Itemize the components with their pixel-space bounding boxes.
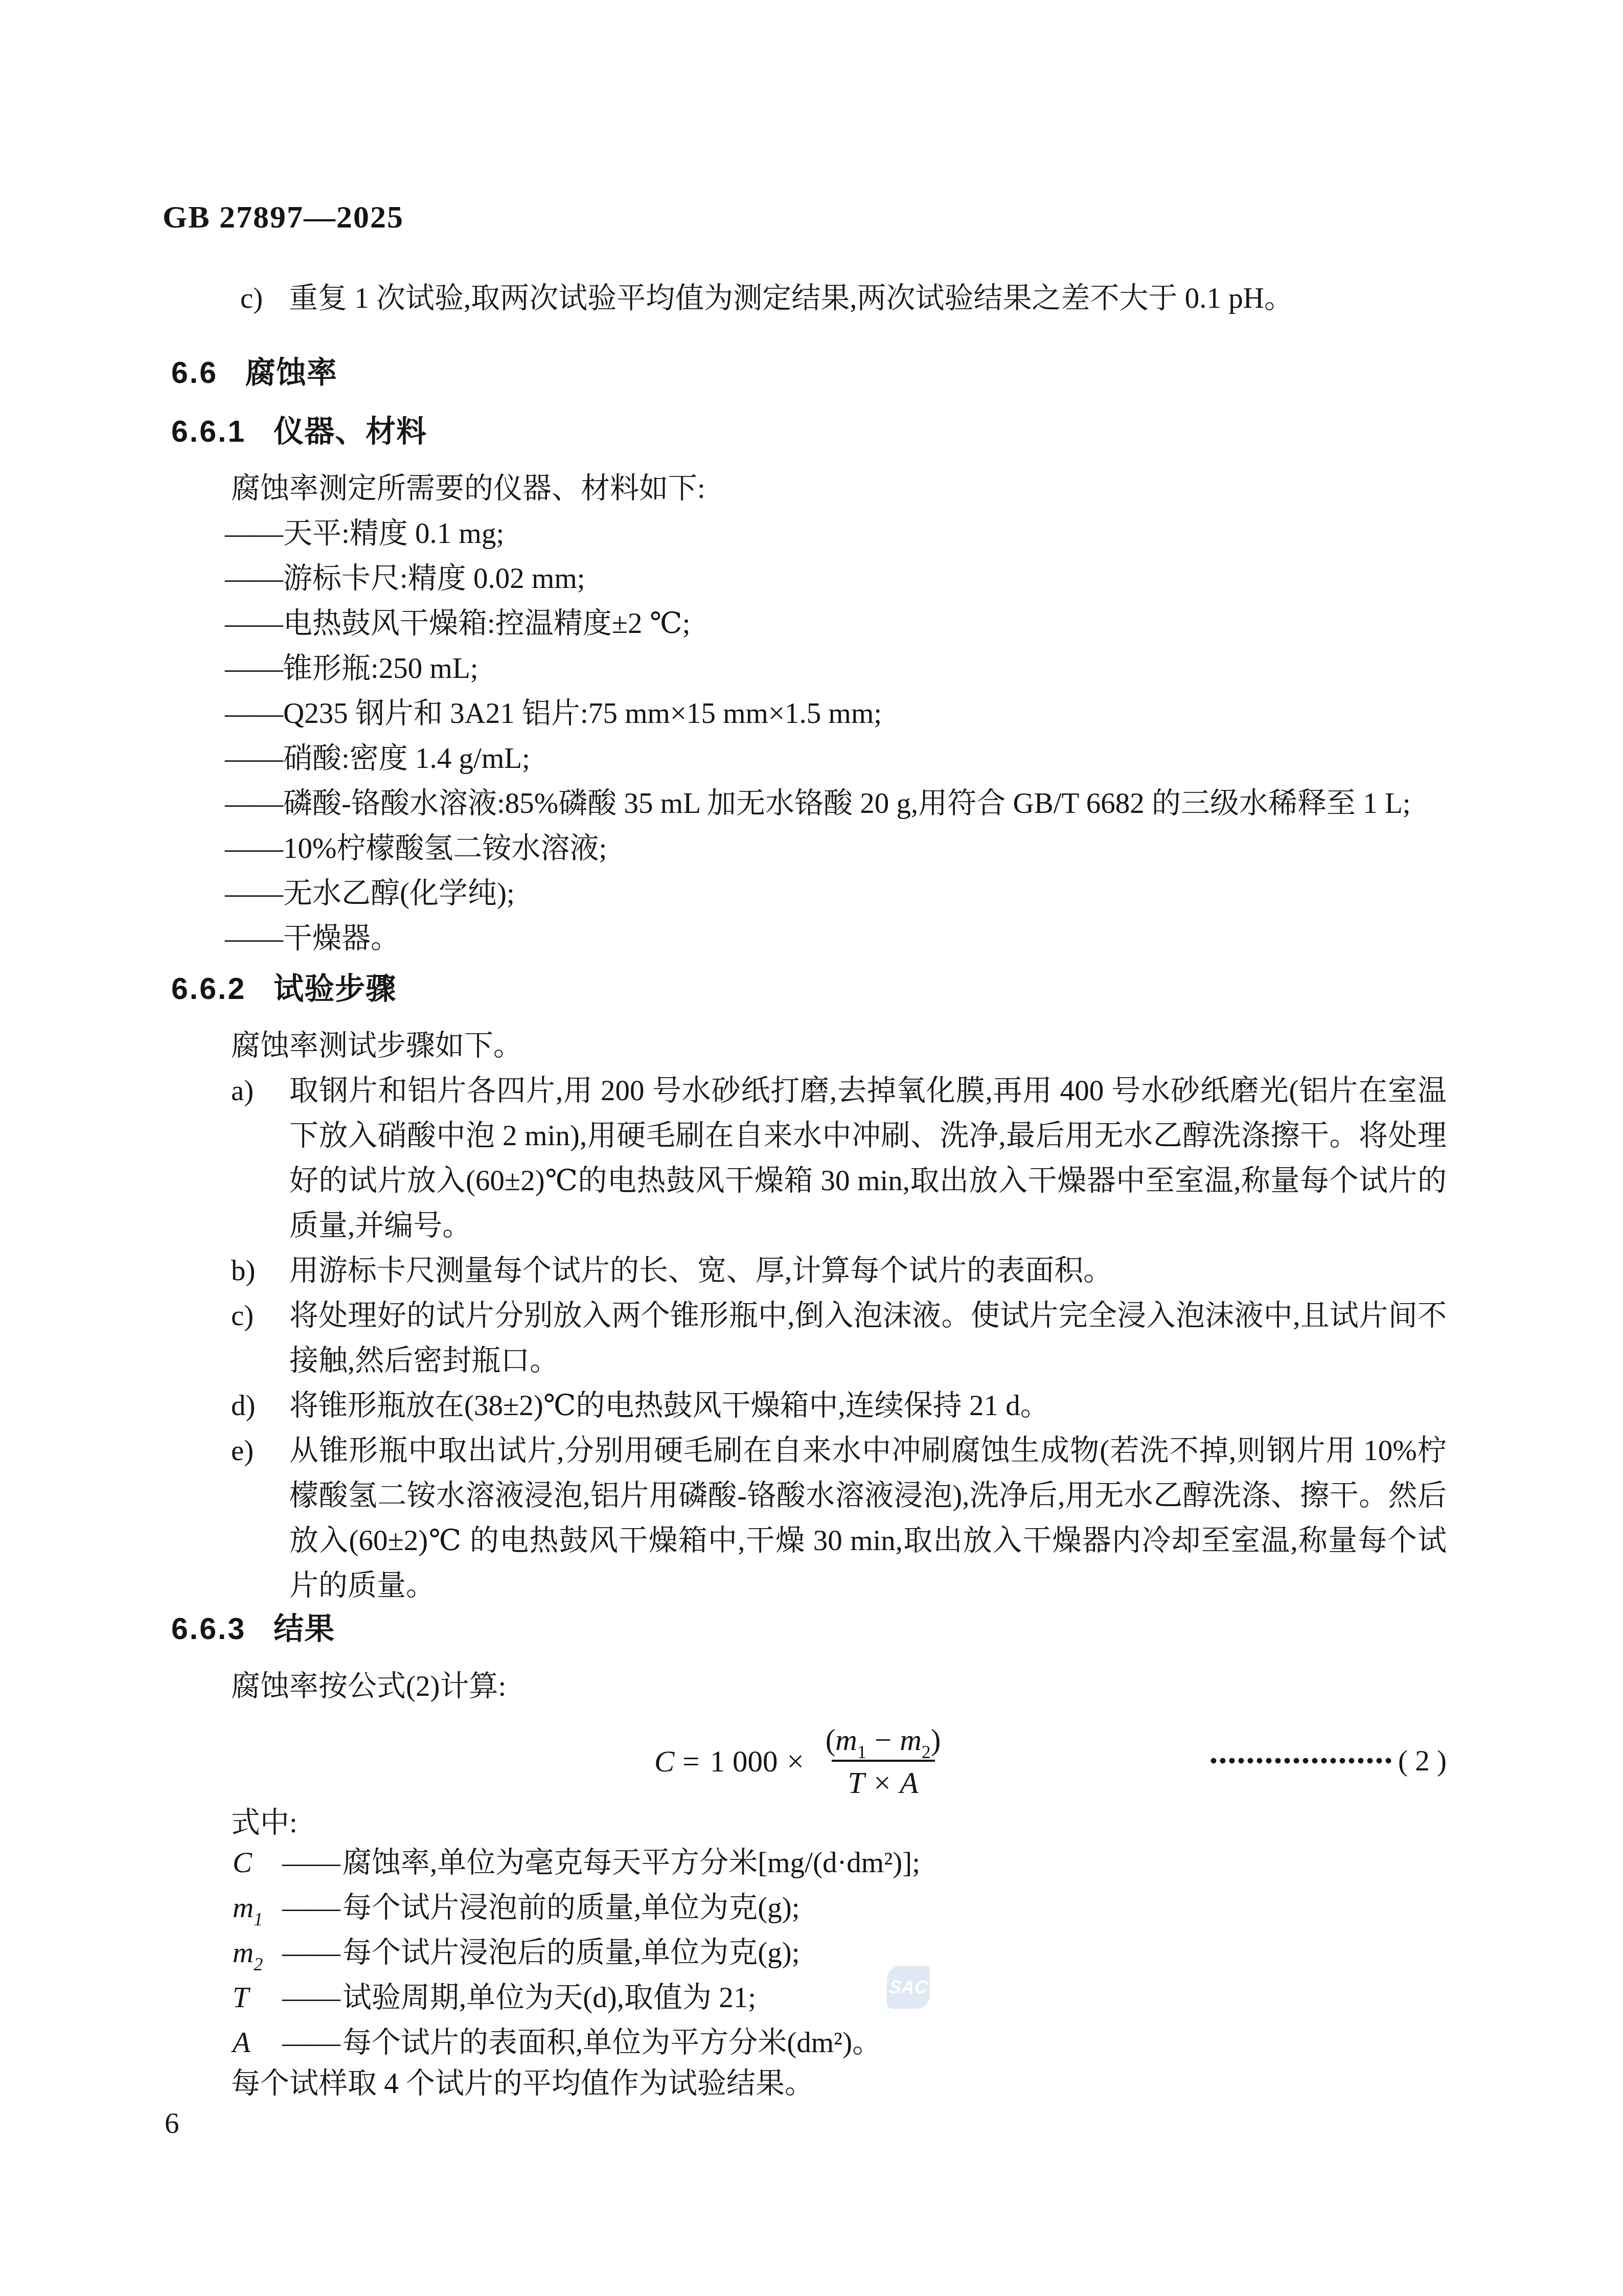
- heading-number: 6.6.2: [171, 972, 246, 1006]
- multiply-sign: ×: [787, 1744, 804, 1779]
- list-item-text: 硝酸:密度 1.4 g/mL;: [283, 742, 530, 775]
- dash-marker: ——: [225, 877, 283, 910]
- heading-6-6-2: 6.6.2试验步骤: [171, 966, 396, 1011]
- step-text: 将处理好的试片分别放入两个锥形瓶中,倒入泡沫液。使试片完全浸入泡沫液中,且试片间…: [289, 1293, 1447, 1383]
- step-b: b) 用游标卡尺测量每个试片的长、宽、厚,计算每个试片的表面积。: [231, 1248, 1447, 1293]
- step-marker: c): [231, 1293, 289, 1383]
- symbol: C: [233, 1840, 282, 1885]
- symbol-base: A: [233, 2027, 250, 2059]
- closing-paragraph: 每个试样取 4 个试片的平均值作为试验结果。: [231, 2061, 814, 2106]
- step-text: 用游标卡尺测量每个试片的长、宽、厚,计算每个试片的表面积。: [289, 1248, 1447, 1293]
- step-marker: a): [231, 1069, 289, 1248]
- step-marker: b): [231, 1248, 289, 1293]
- formula-lhs: C: [654, 1744, 674, 1779]
- dash-marker: ——: [225, 922, 283, 954]
- list-item-text: 磷酸-铬酸水溶液:85%磷酸 35 mL 加无水铬酸 20 g,用符合 GB/T…: [283, 787, 1411, 820]
- var-m1: m: [835, 1723, 857, 1757]
- symbol: A: [233, 2020, 282, 2065]
- result-lead-paragraph: 腐蚀率按公式(2)计算:: [231, 1664, 506, 1709]
- list-item-text: 无水乙醇(化学纯);: [283, 877, 515, 910]
- step-text: 将锥形瓶放在(38±2)℃的电热鼓风干燥箱中,连续保持 21 d。: [289, 1383, 1447, 1428]
- formula-corrosion-rate: C = 1 000 × (m1−m2) T×A: [654, 1715, 946, 1807]
- procedure-steps-list: a) 取钢片和铝片各四片,用 200 号水砂纸打磨,去掉氧化膜,再用 400 号…: [231, 1069, 1447, 1608]
- fraction-denominator: T×A: [832, 1760, 935, 1802]
- dash-marker: ——: [225, 787, 283, 820]
- heading-number: 6.6.3: [171, 1612, 246, 1646]
- list-item: ——磷酸-铬酸水溶液:85%磷酸 35 mL 加无水铬酸 20 g,用符合 GB…: [225, 781, 1411, 826]
- multiply-sign: ×: [874, 1766, 890, 1800]
- symbol: m1: [233, 1885, 282, 1930]
- equation-number: ( 2 ): [1398, 1739, 1447, 1784]
- formula-dots-and-number: •••••••••••••••••••• ( 2 ): [1210, 1739, 1447, 1784]
- step-marker: d): [231, 1383, 289, 1428]
- definition-text: 腐蚀率,单位为毫克每天平方分米[mg/(d·dm²)];: [342, 1840, 920, 1885]
- list-item: ——锥形瓶:250 mL;: [225, 646, 1411, 691]
- heading-6-6-1: 6.6.1仪器、材料: [171, 409, 427, 454]
- list-item-text: 电热鼓风干燥箱:控温精度±2 ℃;: [283, 607, 690, 640]
- symbol-subscript: 1: [254, 1909, 263, 1929]
- list-item-text: 重复 1 次试验,取两次试验平均值为测定结果,两次试验结果之差不大于 0.1 p…: [289, 276, 1293, 321]
- sac-watermark-logo: SAC: [887, 1966, 930, 2009]
- symbol-base: C: [233, 1847, 252, 1879]
- materials-list: ——天平:精度 0.1 mg; ——游标卡尺:精度 0.02 mm; ——电热鼓…: [225, 511, 1411, 961]
- materials-lead-paragraph: 腐蚀率测定所需要的仪器、材料如下:: [231, 466, 705, 511]
- heading-title: 结果: [273, 1612, 335, 1646]
- list-item: ——电热鼓风干燥箱:控温精度±2 ℃;: [225, 601, 1411, 646]
- dash-marker: ——: [282, 1975, 340, 2020]
- list-item-c: c) 重复 1 次试验,取两次试验平均值为测定结果,两次试验结果之差不大于 0.…: [240, 276, 1447, 321]
- list-item-text: 游标卡尺:精度 0.02 mm;: [283, 562, 585, 595]
- list-item-text: 天平:精度 0.1 mg;: [283, 517, 504, 550]
- var-m2: m: [900, 1723, 922, 1757]
- close-paren: ): [931, 1723, 941, 1757]
- list-item-text: 锥形瓶:250 mL;: [283, 652, 478, 685]
- definition-text: 每个试片浸泡前的质量,单位为克(g);: [342, 1885, 800, 1930]
- symbol-definitions-list: C —— 腐蚀率,单位为毫克每天平方分米[mg/(d·dm²)]; m1 —— …: [233, 1840, 920, 2065]
- definition-text: 每个试片浸泡后的质量,单位为克(g);: [342, 1930, 800, 1975]
- var-A: A: [900, 1766, 919, 1800]
- equals-sign: =: [682, 1744, 699, 1779]
- subscript-1: 1: [857, 1742, 866, 1762]
- minus-sign: −: [875, 1723, 891, 1757]
- symbol: T: [233, 1975, 282, 2020]
- heading-title: 仪器、材料: [273, 415, 427, 448]
- list-item: ——10%柠檬酸氢二铵水溶液;: [225, 826, 1411, 871]
- step-e: e) 从锥形瓶中取出试片,分别用硬毛刷在自来水中冲刷腐蚀生成物(若洗不掉,则钢片…: [231, 1428, 1447, 1608]
- dash-marker: ——: [282, 2020, 340, 2065]
- symbol-subscript: 2: [254, 1954, 263, 1974]
- heading-number: 6.6: [171, 356, 218, 390]
- list-item: ——Q235 钢片和 3A21 铝片:75 mm×15 mm×1.5 mm;: [225, 691, 1411, 736]
- subscript-2: 2: [922, 1742, 931, 1762]
- dash-marker: ——: [225, 697, 283, 730]
- dash-marker: ——: [225, 652, 283, 685]
- heading-title: 试验步骤: [273, 972, 396, 1006]
- list-item: ——天平:精度 0.1 mg;: [225, 511, 1411, 556]
- dash-marker: ——: [282, 1930, 340, 1975]
- page-number: 6: [165, 2101, 179, 2146]
- heading-6-6: 6.6腐蚀率: [171, 350, 337, 395]
- definition-row: m2 —— 每个试片浸泡后的质量,单位为克(g);: [233, 1930, 920, 1975]
- list-marker: c): [240, 276, 289, 321]
- dash-marker: ——: [225, 517, 283, 550]
- definition-row: m1 —— 每个试片浸泡前的质量,单位为克(g);: [233, 1885, 920, 1930]
- step-c: c) 将处理好的试片分别放入两个锥形瓶中,倒入泡沫液。使试片完全浸入泡沫液中,且…: [231, 1293, 1447, 1383]
- definition-text: 试验周期,单位为天(d),取值为 21;: [342, 1975, 756, 2020]
- step-d: d) 将锥形瓶放在(38±2)℃的电热鼓风干燥箱中,连续保持 21 d。: [231, 1383, 1447, 1428]
- list-item-text: 10%柠檬酸氢二铵水溶液;: [283, 832, 607, 865]
- list-item-text: 干燥器。: [283, 922, 400, 954]
- symbol-base: m: [233, 1892, 254, 1924]
- fraction-numerator: (m1−m2): [820, 1721, 946, 1760]
- dash-marker: ——: [225, 832, 283, 865]
- definition-row: C —— 腐蚀率,单位为毫克每天平方分米[mg/(d·dm²)];: [233, 1840, 920, 1885]
- formula-coefficient: 1 000: [710, 1744, 778, 1779]
- heading-6-6-3: 6.6.3结果: [171, 1606, 335, 1651]
- dash-marker: ——: [225, 562, 283, 595]
- heading-number: 6.6.1: [171, 415, 246, 448]
- definition-row: A —— 每个试片的表面积,单位为平方分米(dm²)。: [233, 2020, 920, 2065]
- step-text: 取钢片和铝片各四片,用 200 号水砂纸打磨,去掉氧化膜,再用 400 号水砂纸…: [289, 1069, 1447, 1248]
- standard-number-header: GB 27897—2025: [163, 198, 404, 236]
- step-marker: e): [231, 1428, 289, 1608]
- definition-row: T —— 试验周期,单位为天(d),取值为 21;: [233, 1975, 920, 2020]
- symbol: m2: [233, 1930, 282, 1975]
- var-T: T: [848, 1766, 865, 1800]
- open-paren: (: [826, 1723, 836, 1757]
- dot-leader: ••••••••••••••••••••: [1210, 1739, 1394, 1784]
- procedure-lead-paragraph: 腐蚀率测试步骤如下。: [231, 1024, 522, 1069]
- dash-marker: ——: [282, 1840, 340, 1885]
- step-text: 从锥形瓶中取出试片,分别用硬毛刷在自来水中冲刷腐蚀生成物(若洗不掉,则钢片用 1…: [289, 1428, 1447, 1608]
- symbol-base: m: [233, 1937, 254, 1969]
- heading-title: 腐蚀率: [245, 356, 337, 390]
- list-item: ——游标卡尺:精度 0.02 mm;: [225, 556, 1411, 601]
- fraction: (m1−m2) T×A: [820, 1721, 946, 1802]
- symbol-base: T: [233, 1982, 249, 2014]
- list-item: ——干燥器。: [225, 916, 1411, 961]
- dash-marker: ——: [225, 607, 283, 640]
- dash-marker: ——: [225, 742, 283, 775]
- list-item-text: Q235 钢片和 3A21 铝片:75 mm×15 mm×1.5 mm;: [283, 697, 882, 730]
- sac-watermark-text: SAC: [888, 1976, 929, 1998]
- where-label: 式中:: [231, 1801, 298, 1846]
- step-a: a) 取钢片和铝片各四片,用 200 号水砂纸打磨,去掉氧化膜,再用 400 号…: [231, 1069, 1447, 1248]
- definition-text: 每个试片的表面积,单位为平方分米(dm²)。: [342, 2020, 881, 2065]
- list-item: ——硝酸:密度 1.4 g/mL;: [225, 736, 1411, 781]
- dash-marker: ——: [282, 1885, 340, 1930]
- list-item: ——无水乙醇(化学纯);: [225, 871, 1411, 916]
